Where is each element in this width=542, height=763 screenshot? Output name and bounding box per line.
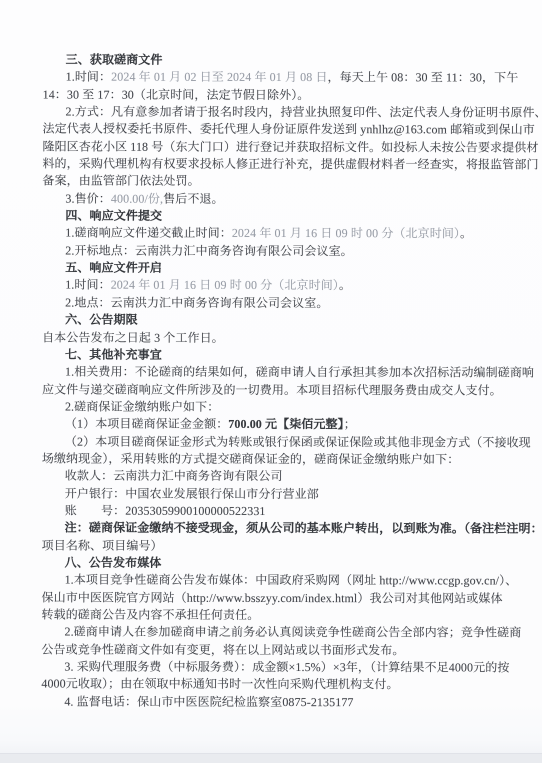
text-line: 2.开标地点：云南洪力汇中商务咨询有限公司会议室。: [42, 242, 512, 260]
text-line: 项目名称、项目编号）: [42, 537, 512, 555]
text-segment: 2.方式：凡有意参加者请于报名时段内，持营业执照复印件、法定代表人身份证明书原件…: [66, 105, 542, 120]
text-segment: ，每天上午 08：30 至 11：30，下午: [328, 70, 519, 84]
text-segment: 料的，采购代理机构有权要求投标人修正进行补充，提供虚假材料者一经查实，将报监管部…: [42, 157, 538, 172]
text-segment: 场缴纳现金），采用转账的方式提交磋商保证金的，磋商保证金缴纳账户如下：: [42, 451, 460, 466]
text-segment: 隆阳区杏花小区 118 号（东大门口）进行登记并获取招标文件。如投标人未按公告要…: [42, 139, 538, 154]
section-heading: 六、公告期限: [42, 312, 512, 330]
text-segment: 应文件与递交磋商响应文件所涉及的一切费用。本项目招标代理服务费由成交人支付。: [42, 382, 502, 397]
text-line: 2.方式：凡有意参加者请于报名时段内，持营业执照复印件、法定代表人身份证明书原件…: [43, 104, 513, 122]
text-segment: 账 号：20353059900100000522331: [65, 503, 266, 517]
text-segment: 收款人：云南洪力汇中商务咨询有限公司: [65, 469, 283, 483]
section-heading: 四、响应文件提交: [42, 208, 512, 226]
text-segment: 2.磋商保证金缴纳账户如下：: [65, 399, 219, 413]
text-segment: 4. 监督电话：保山市中医医院纪检监察室0875-2135177: [64, 694, 353, 709]
text-segment: ；: [344, 417, 356, 431]
text-segment: 转载的磋商公告及内容不承担任何责任。: [41, 608, 259, 622]
text-line: 2.磋商申请人在参加磋商申请之前务必认真阅读竞争性磋商公告全部内容；竞争性磋商: [41, 624, 511, 642]
text-line: 注：磋商保证金缴纳不接受现金，须从公司的基本账户转出，以到账为准。（备注栏注明：: [42, 520, 512, 538]
text-line: 料的，采购代理机构有权要求投标人修正进行补充，提供虚假材料者一经查实，将报监管部…: [42, 156, 512, 174]
text-segment: 四、响应文件提交: [65, 209, 162, 223]
text-segment: 三、获取磋商文件: [66, 53, 163, 67]
section-heading: 七、其他补充事宜: [42, 346, 512, 364]
text-segment: 1.相关费用：不论磋商的结果如何，磋商申请人自行承担其参加本次招标活动编制磋商响: [65, 365, 534, 380]
text-segment: 。: [460, 227, 472, 241]
text-segment: 开户银行：中国农业发展银行保山市分行营业部: [65, 486, 319, 501]
text-line: 14：30 至 17：30（北京时间，法定节假日除外）。: [43, 86, 513, 104]
text-line: 2.磋商保证金缴纳账户如下：: [42, 398, 512, 416]
text-line: 转载的磋商公告及内容不承担任何责任。: [41, 607, 511, 625]
scanned-document-page: 三、获取磋商文件1.时间：2024 年 01 月 02 日至 2024 年 01…: [0, 0, 542, 763]
section-heading: 五、响应文件开启: [42, 260, 512, 278]
text-segment: 自本公告发布之日起 3 个工作日。: [42, 330, 224, 344]
text-segment: （1）本项目磋商保证金金额：: [65, 417, 228, 431]
text-line: 3.售价：400.00/份,售后不退。: [42, 190, 512, 208]
text-line: 1.相关费用：不论磋商的结果如何，磋商申请人自行承担其参加本次招标活动编制磋商响: [42, 364, 512, 382]
text-segment: 注：磋商保证金缴纳不接受现金，须从公司的基本账户转出，以到账为准。（备注栏注明：: [65, 521, 542, 536]
text-segment: 六、公告期限: [65, 313, 138, 327]
text-segment: 2024 年 01 月 02 日至 2024 年 01 月 08 日: [111, 70, 327, 84]
text-segment: 700.00 元【柒佰元整】: [228, 417, 343, 431]
text-line: 1.时间：2024 年 01 月 02 日至 2024 年 01 月 08 日，…: [43, 69, 513, 87]
text-segment: 2024 年 01 月 16 日 09 时 00 分（北京时间）: [111, 278, 339, 292]
text-line: 法定代表人授权委托书原件、委托代理人身份证原件发送到 ynhlhz@163.co…: [43, 121, 513, 139]
text-line: 保山市中医医院官方网站（http://www.bsszyy.com/index.…: [42, 589, 512, 607]
text-line: 场缴纳现金），采用转账的方式提交磋商保证金的，磋商保证金缴纳账户如下：: [42, 450, 512, 468]
text-line: 自本公告发布之日起 3 个工作日。: [42, 329, 512, 347]
text-line: 公告或竞争性磋商文件如有变更，将在以上网站或以书面形式发布。: [41, 641, 511, 659]
text-segment: 法定代表人授权委托书原件、委托代理人身份证原件发送到 ynhlhz@163.co…: [43, 122, 535, 137]
section-heading: 八、公告发布媒体: [42, 554, 512, 572]
text-segment: 3.售价：: [65, 191, 111, 205]
section-heading: 三、获取磋商文件: [43, 52, 513, 70]
text-segment: 公告或竞争性磋商文件如有变更，将在以上网站或以书面形式发布。: [41, 642, 404, 657]
text-line: 备案，由监管部门依法处罚。: [42, 173, 512, 191]
text-segment: 售后不退。: [163, 192, 224, 206]
text-segment: 项目名称、项目编号）: [42, 538, 163, 552]
text-line: （1）本项目磋商保证金金额：700.00 元【柒佰元整】；: [42, 416, 512, 434]
text-line: 1.磋商响应文件递交截止时间：2024 年 01 月 16 日 09 时 00 …: [42, 225, 512, 243]
text-segment: 2.地点：云南洪力汇中商务咨询有限公司会议室。: [65, 295, 328, 310]
text-segment: 1.时间：: [65, 278, 111, 292]
text-line: 隆阳区杏花小区 118 号（东大门口）进行登记并获取招标文件。如投标人未按公告要…: [42, 138, 512, 156]
text-line: 1.时间：2024 年 01 月 16 日 09 时 00 分（北京时间）。: [42, 277, 512, 295]
text-segment: 1.时间：: [66, 70, 112, 84]
text-segment: 七、其他补充事宜: [65, 347, 162, 361]
text-segment: 4000元收取）；由在领取中标通知书时一次性向采购代理机构支付。: [41, 677, 398, 692]
text-segment: 1.本项目竞争性磋商公告发布媒体：中国政府采购网（网址 http://www.c…: [65, 573, 518, 588]
text-line: 3. 采购代理服务费（中标服务费）：成金额×1.5%）×3年，（计算结果不足40…: [41, 659, 511, 677]
text-segment: 备案，由监管部门依法处罚。: [42, 174, 199, 188]
document-body: 三、获取磋商文件1.时间：2024 年 01 月 02 日至 2024 年 01…: [41, 52, 512, 712]
text-segment: 八、公告发布媒体: [65, 556, 162, 570]
text-line: 应文件与递交磋商响应文件所涉及的一切费用。本项目招标代理服务费由成交人支付。: [42, 381, 512, 399]
text-line: 2.地点：云南洪力汇中商务咨询有限公司会议室。: [42, 294, 512, 312]
text-segment: 2024 年 01 月 16 日 09 时 00 分（北京时间）: [232, 226, 460, 240]
text-line: （2）本项目磋商保证金形式为转账或银行保函或保证保险或其他非现金方式（不接收现: [42, 433, 512, 451]
text-line: 账 号：20353059900100000522331: [42, 502, 512, 520]
text-segment: 五、响应文件开启: [65, 261, 162, 275]
text-segment: （2）本项目磋商保证金形式为转账或银行保函或保证保险或其他非现金方式（不接收现: [65, 434, 531, 449]
text-line: 4000元收取）；由在领取中标通知书时一次性向采购代理机构支付。: [41, 676, 511, 694]
text-line: 收款人：云南洪力汇中商务咨询有限公司: [42, 468, 512, 486]
text-segment: 14：30 至 17：30（北京时间，法定节假日除外）。: [43, 87, 310, 102]
text-segment: 400.00/份,: [111, 191, 163, 205]
text-segment: 1.磋商响应文件递交截止时间：: [65, 226, 232, 240]
text-segment: 。: [339, 279, 351, 293]
text-segment: 保山市中医医院官方网站（http://www.bsszyy.com/index.…: [42, 590, 503, 605]
text-line: 开户银行：中国农业发展银行保山市分行营业部: [42, 485, 512, 503]
text-segment: 3. 采购代理服务费（中标服务费）：成金额×1.5%）×3年，（计算结果不足40…: [64, 660, 509, 675]
text-line: 4. 监督电话：保山市中医医院纪检监察室0875-2135177: [41, 693, 511, 711]
text-line: 1.本项目竞争性磋商公告发布媒体：中国政府采购网（网址 http://www.c…: [42, 572, 512, 590]
scan-bottom-edge: [0, 753, 542, 763]
text-segment: 2.开标地点：云南洪力汇中商务咨询有限公司会议室。: [65, 243, 353, 258]
text-segment: 2.磋商申请人在参加磋商申请之前务必认真阅读竞争性磋商公告全部内容；竞争性磋商: [64, 625, 521, 640]
